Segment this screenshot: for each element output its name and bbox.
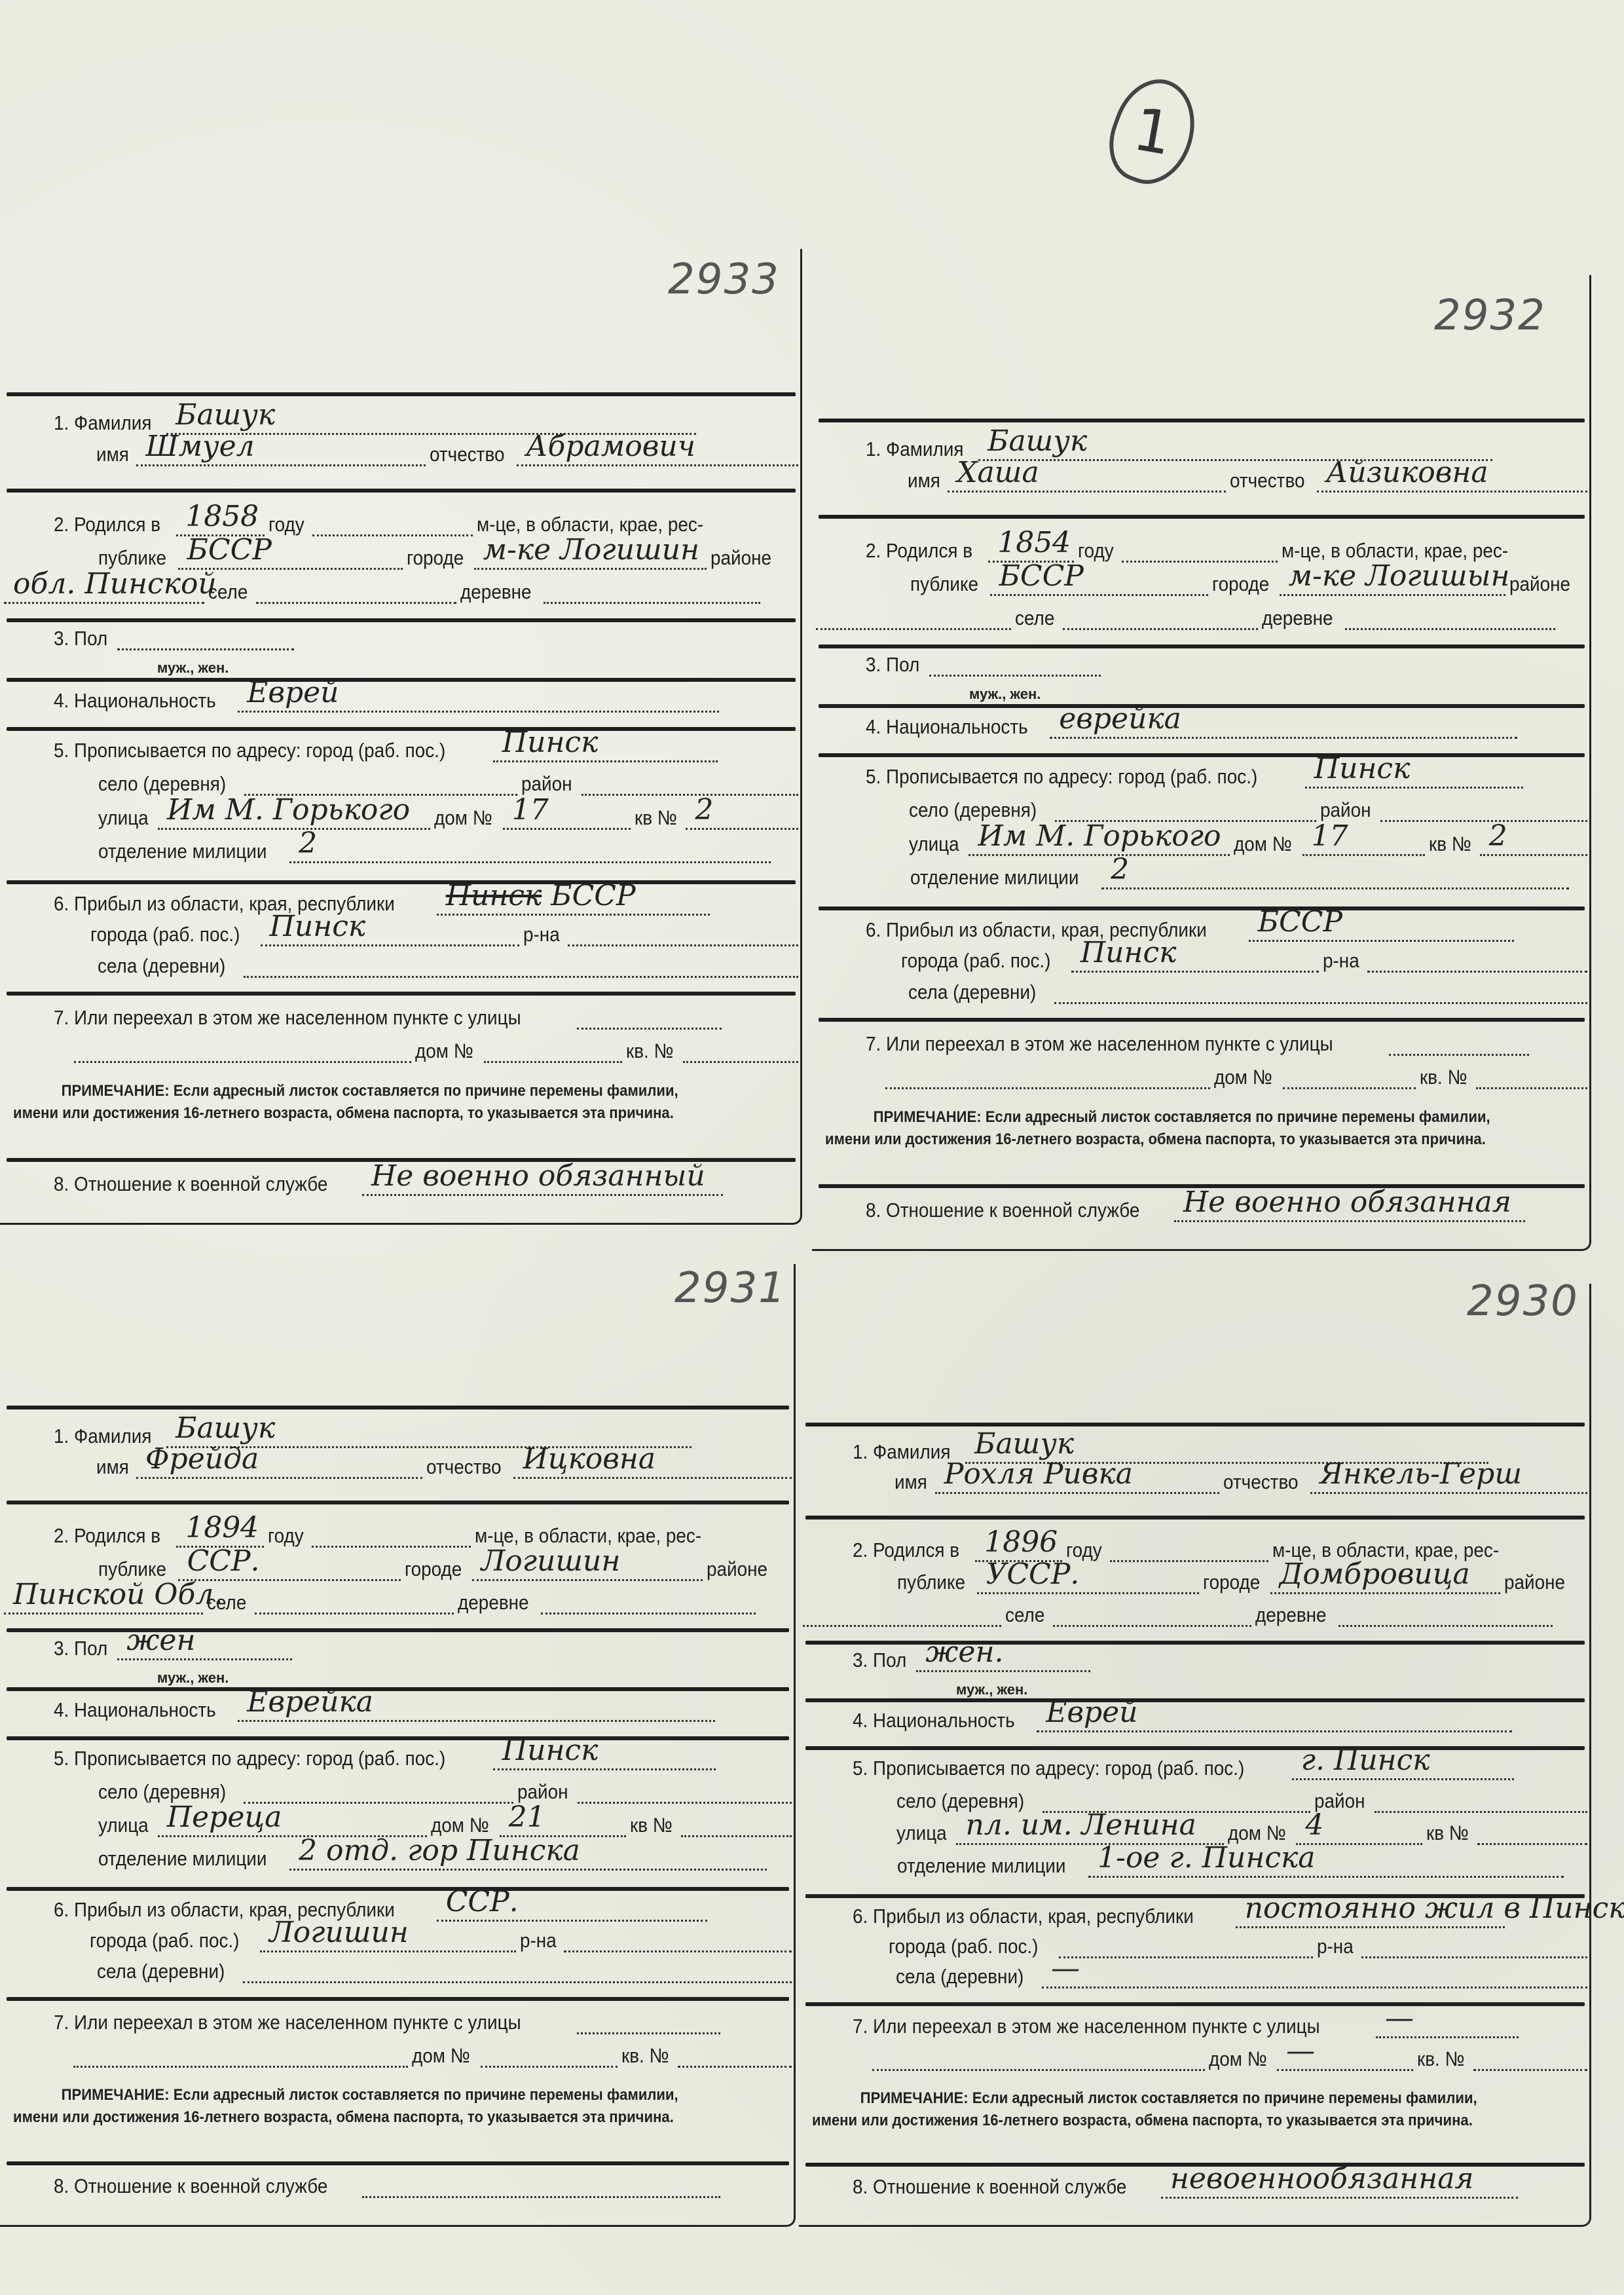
reg-district-label: район — [1320, 798, 1371, 822]
reg-city-field[interactable]: г. Пинск — [1292, 1752, 1514, 1780]
arrived-district-field[interactable] — [1361, 1930, 1587, 1958]
police-field[interactable]: 1-ое г. Пинска — [1088, 1850, 1564, 1878]
nationality-field[interactable]: Еврей — [238, 684, 719, 713]
sex-row: 3. Пол жен. — [799, 1644, 1591, 1672]
street-label: улица — [909, 832, 959, 856]
sex-label: 3. Пол — [54, 1637, 107, 1660]
patronymic-field[interactable]: Янкель-Герш — [1310, 1466, 1587, 1494]
republic-label: публике — [897, 1571, 965, 1594]
born-in-label: 2. Родился в — [54, 513, 160, 536]
reg-city-field[interactable]: Пинск — [493, 1742, 716, 1770]
patronymic-field[interactable]: Ицковна — [513, 1451, 792, 1479]
city-field[interactable]: м-ке Логишин — [474, 542, 707, 570]
moved-house-field[interactable] — [481, 2040, 618, 2068]
street-field[interactable]: Переца — [158, 1809, 427, 1837]
nationality-row: 4. Национальность Еврейка — [0, 1694, 796, 1722]
serial-number: 2933 — [668, 255, 780, 304]
moved-row: 7. Или переехал в этом же населенном пун… — [0, 1001, 802, 1030]
arrived-city-value: Пинск — [1080, 936, 1177, 969]
reg-district-field[interactable] — [1375, 1785, 1587, 1813]
arrived-city-field[interactable] — [1059, 1930, 1313, 1958]
patronymic-value: Абрамович — [526, 430, 695, 463]
arrived-row: 6. Прибыл из области, края, республики Б… — [812, 914, 1591, 942]
street-label: улица — [98, 806, 149, 830]
city-value: Домбровица — [1280, 1558, 1470, 1591]
derevne-field[interactable] — [1345, 602, 1555, 630]
surname-value: Башук — [175, 398, 275, 432]
sex-value: жен. — [925, 1635, 1003, 1669]
arrived-district-field[interactable] — [564, 1924, 792, 1952]
street-field[interactable]: Им М. Горького — [158, 802, 430, 830]
section-rule — [7, 1997, 789, 2001]
reg-village-field[interactable] — [1055, 794, 1316, 822]
registered-label: 5. Прописывается по адресу: город (раб. … — [54, 1747, 445, 1770]
nationality-value: еврейка — [1059, 702, 1181, 736]
arrived-village-field[interactable]: — — [1042, 1960, 1587, 1988]
military-value: Не военно обязанный — [371, 1159, 705, 1193]
sele-field[interactable] — [1063, 602, 1258, 630]
moved-house-field[interactable] — [1283, 1061, 1416, 1089]
first-name-label: имя — [96, 443, 129, 466]
born-in-label: 2. Родился в — [853, 1539, 959, 1562]
section-rule — [7, 1406, 789, 1409]
arrived-city-label: города (раб. пос.) — [90, 1929, 239, 1952]
birth-place-field[interactable] — [1122, 534, 1278, 563]
arrived-row: 6. Прибыл из области, края, республики П… — [0, 887, 802, 916]
house-label: дом № — [434, 806, 492, 830]
arrived-city-label: города (раб. пос.) — [901, 949, 1050, 973]
moved-apartment-field[interactable] — [683, 1035, 798, 1063]
military-label: 8. Отношение к военной службе — [866, 1199, 1139, 1222]
arrived-city-field[interactable]: Пинск — [1071, 944, 1319, 973]
reg-village-row: село (деревня) район — [812, 794, 1591, 822]
derevne-field[interactable] — [544, 576, 760, 604]
arrived-district-field[interactable] — [568, 918, 798, 946]
surname-value: Башук — [175, 1411, 275, 1445]
sex-hint: муж., жен. — [956, 1681, 1027, 1698]
district-field[interactable]: обл. Пинской — [4, 576, 204, 604]
house-field[interactable]: 17 — [503, 802, 631, 830]
section-rule — [819, 704, 1585, 708]
arrived-from-field[interactable]: БССР — [1249, 914, 1514, 942]
republic-field[interactable]: БССР — [178, 542, 403, 570]
moved-apartment-label: кв. № — [1417, 2047, 1464, 2071]
arrival-form-top-left: 2933 1. Фамилия Башук имя Шмуел отчество… — [0, 249, 802, 1225]
sele-label: селе — [208, 580, 248, 604]
district-field[interactable] — [816, 602, 1011, 630]
arrived-district-label: р-на — [520, 1929, 557, 1952]
sex-row: 3. Пол жен — [0, 1632, 796, 1660]
moved-street-field[interactable] — [577, 2006, 720, 2034]
first-name-value: Шмуел — [145, 430, 254, 463]
section-rule — [819, 1018, 1585, 1022]
moved-house-label: дом № — [1209, 2047, 1267, 2071]
first-name-field[interactable]: Фрейда — [136, 1451, 422, 1479]
nationality-field[interactable]: Еврейка — [238, 1694, 715, 1722]
street-value: Переца — [167, 1801, 282, 1834]
reg-city-field[interactable]: Пинск — [493, 734, 718, 762]
birth-place-field[interactable] — [312, 1520, 471, 1548]
street-value: Им М. Горького — [978, 819, 1221, 853]
arrived-from-field[interactable]: ССР. — [437, 1894, 707, 1922]
arrived-row: 6. Прибыл из области, края, республики п… — [799, 1900, 1591, 1928]
reg-village-label: село (деревня) — [909, 798, 1037, 822]
moved-apartment-field[interactable] — [1473, 2043, 1587, 2071]
arrived-district-label: р-на — [1317, 1935, 1354, 1958]
sex-label: 3. Пол — [866, 653, 919, 677]
moved-street-cont-field[interactable] — [74, 1035, 412, 1063]
moved-label: 7. Или переехал в этом же населенном пун… — [853, 2015, 1320, 2038]
registered-label: 5. Прописывается по адресу: город (раб. … — [54, 739, 445, 762]
arrived-village-field[interactable] — [243, 1955, 792, 1983]
district-value: Пинской Обл. — [13, 1578, 223, 1611]
sele-field[interactable] — [255, 1586, 454, 1614]
street-row: улица Переца дом № 21 кв № — [0, 1809, 796, 1837]
street-value: пл. им. Ленина — [965, 1808, 1196, 1842]
district-value: обл. Пинской — [13, 567, 217, 601]
birth-place-field[interactable] — [1110, 1534, 1268, 1562]
section-rule — [7, 1501, 789, 1504]
nationality-value: Еврейка — [247, 1685, 373, 1719]
moved-house-field[interactable] — [484, 1035, 623, 1063]
district-label: районе — [1504, 1571, 1565, 1594]
nationality-row: 4. Национальность еврейка — [812, 711, 1591, 739]
first-name-field[interactable]: Рохля Ривка — [935, 1466, 1219, 1494]
section-rule — [7, 1687, 789, 1691]
section-rule — [7, 489, 796, 493]
reg-city-value: Пинск — [1314, 752, 1411, 785]
first-name-value: Хаша — [957, 456, 1039, 489]
patronymic-label: отчество — [1223, 1470, 1298, 1494]
republic-field[interactable]: УССР. — [977, 1566, 1199, 1594]
moved-apartment-label: кв. № — [621, 2044, 669, 2068]
birth-row: 2. Родился в 1894 году м-це, в области, … — [0, 1520, 796, 1548]
serial-number: 2930 — [1467, 1277, 1579, 1326]
apartment-value: 2 — [1489, 819, 1507, 853]
birth-year-field[interactable]: 1854 — [988, 534, 1074, 563]
city-field[interactable]: м-ке Логишын — [1280, 568, 1505, 596]
moved-street-field[interactable]: — — [1376, 2010, 1519, 2038]
city-label: городе — [1203, 1571, 1260, 1594]
republic-value: БССР — [999, 559, 1084, 593]
village-row: обл. Пинской селе деревне — [0, 576, 802, 604]
surname-row: 1. Фамилия Башук — [0, 1420, 796, 1448]
village-row: Пинской Обл. селе деревне — [0, 1586, 796, 1614]
street-label: улица — [98, 1814, 149, 1837]
patronymic-label: отчество — [426, 1455, 501, 1479]
sex-hint: муж., жен. — [969, 686, 1041, 703]
arrived-district-label: р-на — [523, 923, 560, 946]
arrived-from-value: постоянно жил в Пинске — [1245, 1892, 1624, 1925]
birth-place-field[interactable] — [312, 508, 473, 536]
moved-house-label: дом № — [415, 1039, 473, 1063]
city-value: м-ке Логишын — [1289, 559, 1510, 593]
city-label: городе — [1212, 572, 1269, 596]
republic-field[interactable]: ССР. — [178, 1553, 401, 1581]
police-label: отделение милиции — [98, 840, 267, 863]
first-name-field[interactable]: Шмуел — [136, 438, 426, 466]
born-in-label: 2. Родился в — [866, 539, 972, 563]
year-label: году — [268, 513, 304, 536]
military-row: 8. Отношение к военной службе — [0, 2170, 796, 2198]
city-label: городе — [405, 1558, 462, 1581]
apartment-label: кв № — [1429, 832, 1471, 856]
derevne-label: деревне — [458, 1591, 529, 1614]
reg-village-row: село (деревня) район — [0, 1776, 796, 1804]
nationality-label: 4. Национальность — [866, 715, 1028, 739]
arrived-from-field[interactable]: Пинск БССР — [437, 887, 710, 916]
arrived-from-field[interactable]: постоянно жил в Пинске — [1236, 1900, 1505, 1928]
first-name-value: Фрейда — [145, 1442, 259, 1476]
section-rule — [819, 515, 1585, 519]
police-field[interactable]: 2 — [1101, 861, 1569, 889]
moved-apartment-field[interactable] — [678, 2040, 792, 2068]
arrived-city-field[interactable]: Логишин — [260, 1924, 515, 1952]
reg-city-value: Пинск — [502, 1734, 599, 1767]
arrived-city-field[interactable]: Пинск — [261, 918, 520, 946]
moved-street-cont-field[interactable] — [872, 2043, 1204, 2071]
name-row: имя Рохля Ривка отчество Янкель-Герш — [799, 1466, 1591, 1494]
sele-field[interactable] — [1053, 1599, 1251, 1627]
registration-row: 5. Прописывается по адресу: город (раб. … — [0, 1742, 796, 1770]
sex-label: 3. Пол — [54, 627, 107, 650]
house-value: 21 — [509, 1801, 545, 1834]
first-name-field[interactable]: Хаша — [948, 464, 1226, 493]
district-label: районе — [1509, 572, 1570, 596]
patronymic-value: Айзиковна — [1326, 456, 1488, 489]
house-value: 17 — [512, 793, 549, 827]
serial-number: 2931 — [674, 1264, 786, 1313]
moved-house-row: дом № — кв. № — [799, 2043, 1591, 2071]
reg-district-field[interactable] — [581, 768, 798, 796]
sex-field[interactable]: жен — [117, 1632, 292, 1660]
registered-label: 5. Прописывается по адресу: город (раб. … — [866, 765, 1257, 789]
derevne-label: деревне — [1255, 1603, 1327, 1627]
apartment-field[interactable]: 2 — [1480, 828, 1587, 856]
arrived-village-label: села (деревни) — [97, 1960, 225, 1983]
section-rule — [7, 392, 796, 396]
moved-street-field[interactable] — [577, 1001, 722, 1030]
arrived-village-row: села (деревни) — [0, 950, 802, 978]
police-label: отделение милиции — [897, 1854, 1065, 1878]
reg-district-label: район — [521, 772, 572, 796]
arrival-form-bottom-right: 2930 1. Фамилия Башук имя Рохля Ривка от… — [799, 1284, 1591, 2227]
nationality-row: 4. Национальность Еврей — [0, 684, 802, 713]
moved-label: 7. Или переехал в этом же населенном пун… — [866, 1032, 1333, 1056]
nationality-label: 4. Национальность — [54, 689, 216, 713]
nationality-field[interactable]: еврейка — [1050, 711, 1517, 739]
arrived-village-label: села (деревни) — [908, 980, 1036, 1004]
year-label: году — [268, 1524, 304, 1548]
village-row: селе деревне — [812, 602, 1591, 630]
military-field[interactable]: Не военно обязанный — [362, 1168, 723, 1196]
registration-row: 5. Прописывается по адресу: город (раб. … — [0, 734, 802, 762]
arrived-from-label: 6. Прибыл из области, края, республики — [853, 1905, 1194, 1928]
district-field[interactable]: Пинской Обл. — [4, 1586, 203, 1614]
arrived-city-row: города (раб. пос.) Пинск р-на — [0, 918, 802, 946]
patronymic-label: отчество — [430, 443, 504, 466]
arrived-village-row: села (деревни) — [0, 1955, 796, 1983]
sele-label: селе — [1015, 606, 1054, 630]
arrived-village-label: села (деревни) — [896, 1965, 1024, 1988]
circled-page-number: 1 — [1098, 68, 1209, 195]
moved-house-field[interactable]: — — [1277, 2043, 1413, 2071]
sex-field[interactable] — [929, 648, 1101, 677]
patronymic-label: отчество — [1230, 469, 1304, 493]
arrived-city-row: города (раб. пос.) Логишин р-на — [0, 1924, 796, 1952]
house-field[interactable]: 17 — [1302, 828, 1425, 856]
district-label: районе — [707, 1558, 767, 1581]
republic-row: публике ССР. городе Логишин районе — [0, 1553, 796, 1581]
police-value: 2 отд. гор Пинска — [299, 1834, 580, 1867]
district-label: районе — [710, 546, 771, 570]
military-label: 8. Отношение к военной службе — [54, 2174, 327, 2198]
republic-label: публике — [98, 546, 166, 570]
arrived-village-label: села (деревни) — [98, 954, 225, 978]
house-field[interactable]: 21 — [500, 1809, 626, 1837]
nationality-field[interactable]: Еврей — [1037, 1704, 1512, 1732]
reg-village-field[interactable] — [244, 768, 517, 796]
moved-street-cont-field[interactable] — [885, 1061, 1211, 1089]
apartment-label: кв № — [1426, 1821, 1469, 1845]
section-rule — [7, 727, 796, 731]
birth-row: 2. Родился в 1858 году м-це, в области, … — [0, 508, 802, 536]
sele-label: селе — [207, 1591, 246, 1614]
moved-apartment-label: кв. № — [626, 1039, 673, 1063]
derevne-field[interactable] — [541, 1586, 756, 1614]
patronymic-field[interactable]: Айзиковна — [1317, 464, 1587, 493]
surname-label: 1. Фамилия — [853, 1440, 950, 1464]
reg-city-value: Пинск — [502, 726, 599, 759]
republic-value: ССР. — [187, 1544, 260, 1578]
military-label: 8. Отношение к военной службе — [54, 1172, 327, 1196]
police-field[interactable]: 2 — [289, 835, 771, 863]
arrived-village-value: — — [1051, 1952, 1080, 1985]
arrived-village-row: села (деревни) — — [799, 1960, 1591, 1988]
reg-city-value: г. Пинск — [1301, 1744, 1430, 1777]
moved-house-value: — — [1286, 2034, 1315, 2068]
arrived-village-row: села (деревни) — [812, 976, 1591, 1004]
apartment-field[interactable]: 2 — [686, 802, 798, 830]
arrived-city-value: Пинск — [270, 910, 366, 943]
arrival-form-top-right: 2932 1. Фамилия Башук имя Хаша отчество … — [812, 275, 1591, 1251]
military-row: 8. Отношение к военной службе невоеннооб… — [799, 2171, 1591, 2199]
arrived-city-row: города (раб. пос.) Пинск р-на — [812, 944, 1591, 973]
moved-street-field[interactable] — [1389, 1028, 1529, 1056]
police-field[interactable]: 2 отд. гор Пинска — [289, 1842, 767, 1871]
city-field[interactable]: Логишин — [472, 1553, 703, 1581]
birth-year-field[interactable]: 1894 — [176, 1520, 264, 1548]
city-field[interactable]: Домбровица — [1270, 1566, 1500, 1594]
sex-value: жен — [126, 1624, 195, 1657]
street-field[interactable]: Им М. Горького — [969, 828, 1230, 856]
birth-year-field[interactable]: 1858 — [176, 508, 265, 536]
police-row: отделение милиции 2 отд. гор Пинска — [0, 1842, 796, 1871]
reg-district-field[interactable] — [578, 1776, 792, 1804]
section-rule — [7, 1887, 789, 1891]
apartment-label: кв № — [630, 1814, 673, 1837]
birth-row: 2. Родился в 1854 году м-це, в области, … — [812, 534, 1591, 563]
moved-house-row: дом № кв. № — [812, 1061, 1591, 1089]
reg-village-field[interactable] — [244, 1776, 513, 1804]
military-field[interactable]: Не военно обязанная — [1174, 1194, 1525, 1222]
moved-row: 7. Или переехал в этом же населенном пун… — [0, 2006, 796, 2034]
sex-field[interactable]: жен. — [916, 1644, 1090, 1672]
arrived-village-field[interactable] — [244, 950, 798, 978]
apartment-field[interactable] — [681, 1809, 792, 1837]
note-title: ПРИМЕЧАНИЕ: — [874, 1108, 982, 1126]
moved-house-row: дом № кв. № — [0, 2040, 796, 2068]
moved-street-value: — — [1385, 2002, 1414, 2035]
moved-apartment-field[interactable] — [1476, 1061, 1587, 1089]
reg-district-field[interactable] — [1380, 794, 1587, 822]
sele-field[interactable] — [256, 576, 456, 604]
moved-apartment-label: кв. № — [1420, 1066, 1467, 1089]
note-title: ПРИМЕЧАНИЕ: — [62, 1082, 170, 1100]
republic-field[interactable]: БССР — [990, 568, 1208, 596]
first-name-value: Рохля Ривка — [944, 1457, 1133, 1491]
street-row: улица Им М. Горького дом № 17 кв № 2 — [0, 802, 802, 830]
moved-house-row: дом № кв. № — [0, 1035, 802, 1063]
house-value: 17 — [1312, 819, 1348, 853]
sex-hint: муж., жен. — [157, 1670, 229, 1687]
first-name-label: имя — [908, 469, 940, 493]
arrived-village-field[interactable] — [1054, 976, 1587, 1004]
note: ПРИМЕЧАНИЕ: Если адресный листок составл… — [13, 1080, 715, 1125]
arrived-from-value: ССР. — [446, 1885, 519, 1918]
moved-label: 7. Или переехал в этом же населенном пун… — [54, 1006, 521, 1030]
police-row: отделение милиции 2 — [812, 861, 1591, 889]
sex-field[interactable] — [117, 622, 294, 650]
military-label: 8. Отношение к военной службе — [853, 2175, 1126, 2199]
arrived-from-kept-value: БССР — [542, 879, 635, 912]
arrived-city-label: города (раб. пос.) — [889, 1935, 1038, 1958]
section-rule — [805, 1746, 1585, 1750]
moved-street-cont-field[interactable] — [73, 2040, 408, 2068]
birth-year-value: 1858 — [185, 500, 259, 533]
republic-value: БССР — [187, 533, 272, 567]
house-label: дом № — [1234, 832, 1292, 856]
arrived-city-row: города (раб. пос.) р-на — [799, 1930, 1591, 1958]
village-row: селе деревне — [799, 1599, 1591, 1627]
reg-city-field[interactable]: Пинск — [1305, 760, 1523, 789]
moved-row: 7. Или переехал в этом же населенном пун… — [799, 2010, 1591, 2038]
derevne-field[interactable] — [1338, 1599, 1553, 1627]
birth-row: 2. Родился в 1896 году м-це, в области, … — [799, 1534, 1591, 1562]
apartment-field[interactable] — [1477, 1817, 1587, 1845]
city-value: м-ке Логишин — [483, 533, 699, 567]
republic-row: публике БССР городе м-ке Логишин районе — [0, 542, 802, 570]
sex-row: 3. Пол — [0, 622, 802, 650]
military-field[interactable] — [362, 2170, 720, 2198]
birth-year-value: 1896 — [984, 1525, 1058, 1559]
patronymic-value: Янкель-Герш — [1319, 1457, 1522, 1491]
house-value: 4 — [1305, 1808, 1323, 1842]
military-field[interactable]: невоеннообязанная — [1161, 2171, 1518, 2199]
registration-row: 5. Прописывается по адресу: город (раб. … — [799, 1752, 1591, 1780]
patronymic-field[interactable]: Абрамович — [517, 438, 798, 466]
nationality-row: 4. Национальность Еврей — [799, 1704, 1591, 1732]
military-row: 8. Отношение к военной службе Не военно … — [0, 1168, 802, 1196]
district-field[interactable] — [803, 1599, 1001, 1627]
section-rule — [7, 1736, 789, 1740]
arrived-district-field[interactable] — [1367, 944, 1587, 973]
sex-label: 3. Пол — [853, 1649, 906, 1672]
first-name-label: имя — [96, 1455, 129, 1479]
name-row: имя Фрейда отчество Ицковна — [0, 1451, 796, 1479]
moved-house-label: дом № — [412, 2044, 470, 2068]
military-row: 8. Отношение к военной службе Не военно … — [812, 1194, 1591, 1222]
